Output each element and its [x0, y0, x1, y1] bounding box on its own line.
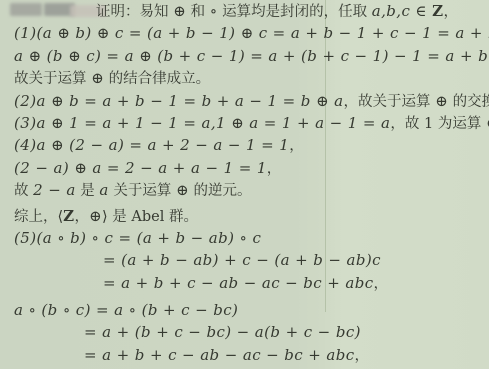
math-run: = a + (b + c − bc) − a(b + c − bc) — [84, 323, 361, 341]
text-run: 是 — [76, 183, 100, 199]
boldmath-run: Z — [432, 2, 443, 20]
proof-line: (2 − a) ⊕ a = 2 − a + a − 1 = 1， — [0, 157, 489, 179]
math-run: (2 − a) ⊕ a = 2 − a + a − 1 = 1 — [14, 159, 267, 177]
proof-line: = a + (b + c − bc) − a(b + c − bc) — [0, 321, 489, 343]
text-run: ， — [75, 209, 90, 225]
text-run: ， — [374, 276, 389, 292]
scanned-page: 证明：易知 ⊕ 和 ∘ 运算均是封闭的，任取 a,b,c ∈ Z，(1)(a ⊕… — [0, 0, 489, 369]
text-run: 运算均是封闭的，任取 — [218, 4, 372, 20]
text-run: 综上，⟨ — [14, 209, 63, 225]
math-run: = a + b + c − ab − ac − bc + abc — [103, 274, 374, 292]
text-run: 和 — [186, 4, 210, 20]
text-run: 故关于运算 — [14, 71, 91, 87]
proof-lines: 证明：易知 ⊕ 和 ∘ 运算均是封闭的，任取 a,b,c ∈ Z，(1)(a ⊕… — [0, 0, 489, 366]
text-run: ， — [289, 138, 304, 154]
proof-line: 综上，⟨Z，⊕⟩ 是 Abel 群。 — [0, 205, 489, 227]
boldmath-run: Z — [63, 207, 74, 225]
math-run: 2 − a — [33, 181, 76, 199]
proof-line: a ⊕ (b ⊕ c) = a ⊕ (b + c − 1) = a + (b +… — [0, 45, 489, 67]
proof-line: (1)(a ⊕ b) ⊕ c = (a + b − 1) ⊕ c = a + b… — [0, 22, 489, 44]
text-run: 的交换律成立。 — [448, 94, 489, 110]
text-run: 的结合律成立。 — [104, 71, 210, 87]
proof-line: (2)a ⊕ b = a + b − 1 = b + a − 1 = b ⊕ a… — [0, 90, 489, 112]
text-run: ⟩ 是 Abel 群。 — [102, 209, 198, 225]
math-run: (5)(a ∘ b) ∘ c = (a + b − ab) ∘ c — [14, 229, 261, 247]
math-run: a — [99, 181, 108, 199]
math-run: ⊕ — [91, 69, 104, 87]
proof-line: (4)a ⊕ (2 − a) = a + 2 − a − 1 = 1， — [0, 134, 489, 156]
text-run: 关于运算 — [109, 183, 176, 199]
proof-line: = a + b + c − ab − ac − bc + abc， — [0, 272, 489, 294]
text-run: ，故 1 为运算 — [390, 116, 486, 132]
proof-line: a ∘ (b ∘ c) = a ∘ (b + c − bc) — [0, 299, 489, 321]
text-run: 的逆元。 — [189, 183, 252, 199]
proof-line: 故关于运算 ⊕ 的结合律成立。 — [0, 67, 489, 89]
math-run: ⊕ — [173, 2, 186, 20]
math-run: ∘ — [210, 2, 218, 20]
math-run: (1)(a ⊕ b) ⊕ c = (a + b − 1) ⊕ c = a + b… — [14, 24, 489, 42]
proof-line: 故 2 − a 是 a 关于运算 ⊕ 的逆元。 — [0, 179, 489, 201]
proof-line: = a + b + c − ab − ac − bc + abc， — [0, 344, 489, 366]
text-run: 证明：易知 — [96, 4, 173, 20]
math-run: a,b,c ∈ — [372, 2, 432, 20]
math-run: (3)a ⊕ 1 = a + 1 − 1 = a,1 ⊕ a = 1 + a −… — [14, 114, 390, 132]
proof-line: (3)a ⊕ 1 = a + 1 − 1 = a,1 ⊕ a = 1 + a −… — [0, 112, 489, 134]
proof-line: 证明：易知 ⊕ 和 ∘ 运算均是封闭的，任取 a,b,c ∈ Z， — [0, 0, 489, 22]
proof-line: = (a + b − ab) + c − (a + b − ab)c — [0, 249, 489, 271]
math-run: (4)a ⊕ (2 − a) = a + 2 − a − 1 = 1 — [14, 136, 289, 154]
proof-line: (5)(a ∘ b) ∘ c = (a + b − ab) ∘ c — [0, 227, 489, 249]
text-run: ， — [355, 348, 370, 364]
text-run: ， — [267, 161, 282, 177]
math-run: = a + b + c − ab − ac − bc + abc — [84, 346, 355, 364]
math-run: ⊕ — [89, 207, 102, 225]
text-run: 故 — [14, 183, 33, 199]
math-run: a ⊕ (b ⊕ c) = a ⊕ (b + c − 1) = a + (b +… — [14, 47, 489, 65]
text-run: ，故关于运算 — [343, 94, 435, 110]
text-run: ， — [443, 4, 458, 20]
math-run: a ∘ (b ∘ c) = a ∘ (b + c − bc) — [14, 301, 238, 319]
math-run: (2)a ⊕ b = a + b − 1 = b + a − 1 = b ⊕ a — [14, 92, 343, 110]
math-run: = (a + b − ab) + c − (a + b − ab)c — [103, 251, 381, 269]
math-run: ⊕ — [435, 92, 448, 110]
math-run: ⊕ — [176, 181, 189, 199]
